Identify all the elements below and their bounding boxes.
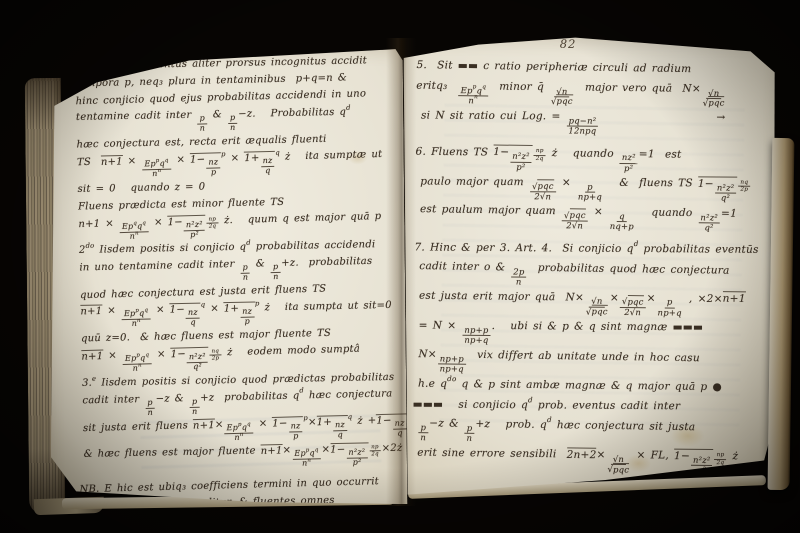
page-number: 82 <box>560 37 600 51</box>
manuscript-line: pn−z & pn+z prob. qd hæc conjectura sit … <box>412 413 770 448</box>
manuscript-line: erit sine errore sensibili 2n+2×√n√pqc ×… <box>412 443 770 476</box>
photo-scene: Art 4. Hinc si eventus aliter prorsus in… <box>0 0 800 533</box>
left-page: Art 4. Hinc si eventus aliter prorsus in… <box>47 42 408 508</box>
right-page-text: 5. Sit ▬▬ c ratio peripheriæ circuli ad … <box>412 56 775 477</box>
manuscript-line: est justa erit major quā N×√n√pqc×√pqc2√… <box>414 286 772 319</box>
manuscript-line: = N × np+pnp+q. ubi si & p & q sint magn… <box>413 316 771 348</box>
manuscript-line: N×np+pnp+q vix differt ab unitate unde i… <box>413 344 771 379</box>
manuscript-line: paulo major quam √pqc2√n × pnp+q & fluen… <box>415 171 773 203</box>
right-page: 82 5. Sit ▬▬ c ratio peripheriæ circuli … <box>400 33 777 498</box>
manuscript-line: eritq₃ Eppqqnn minor q̄ √n√pqc major ver… <box>416 76 774 109</box>
left-page-text: Art 4. Hinc si eventus aliter prorsus in… <box>70 51 408 499</box>
manuscript-line: cadit inter o & 2pn probabilitas quod hæ… <box>414 256 772 291</box>
manuscript-line: est paulum major quam √pqc2√n × qnq+p qu… <box>415 199 773 234</box>
book-cover-edge-right <box>768 138 795 490</box>
manuscript-line: si N sit ratio cui Log. = pq−n²12npq → <box>416 106 774 138</box>
manuscript-line: 6. Fluens TS 1−n²z²p²np2q ż quando nz²p²… <box>415 141 773 174</box>
